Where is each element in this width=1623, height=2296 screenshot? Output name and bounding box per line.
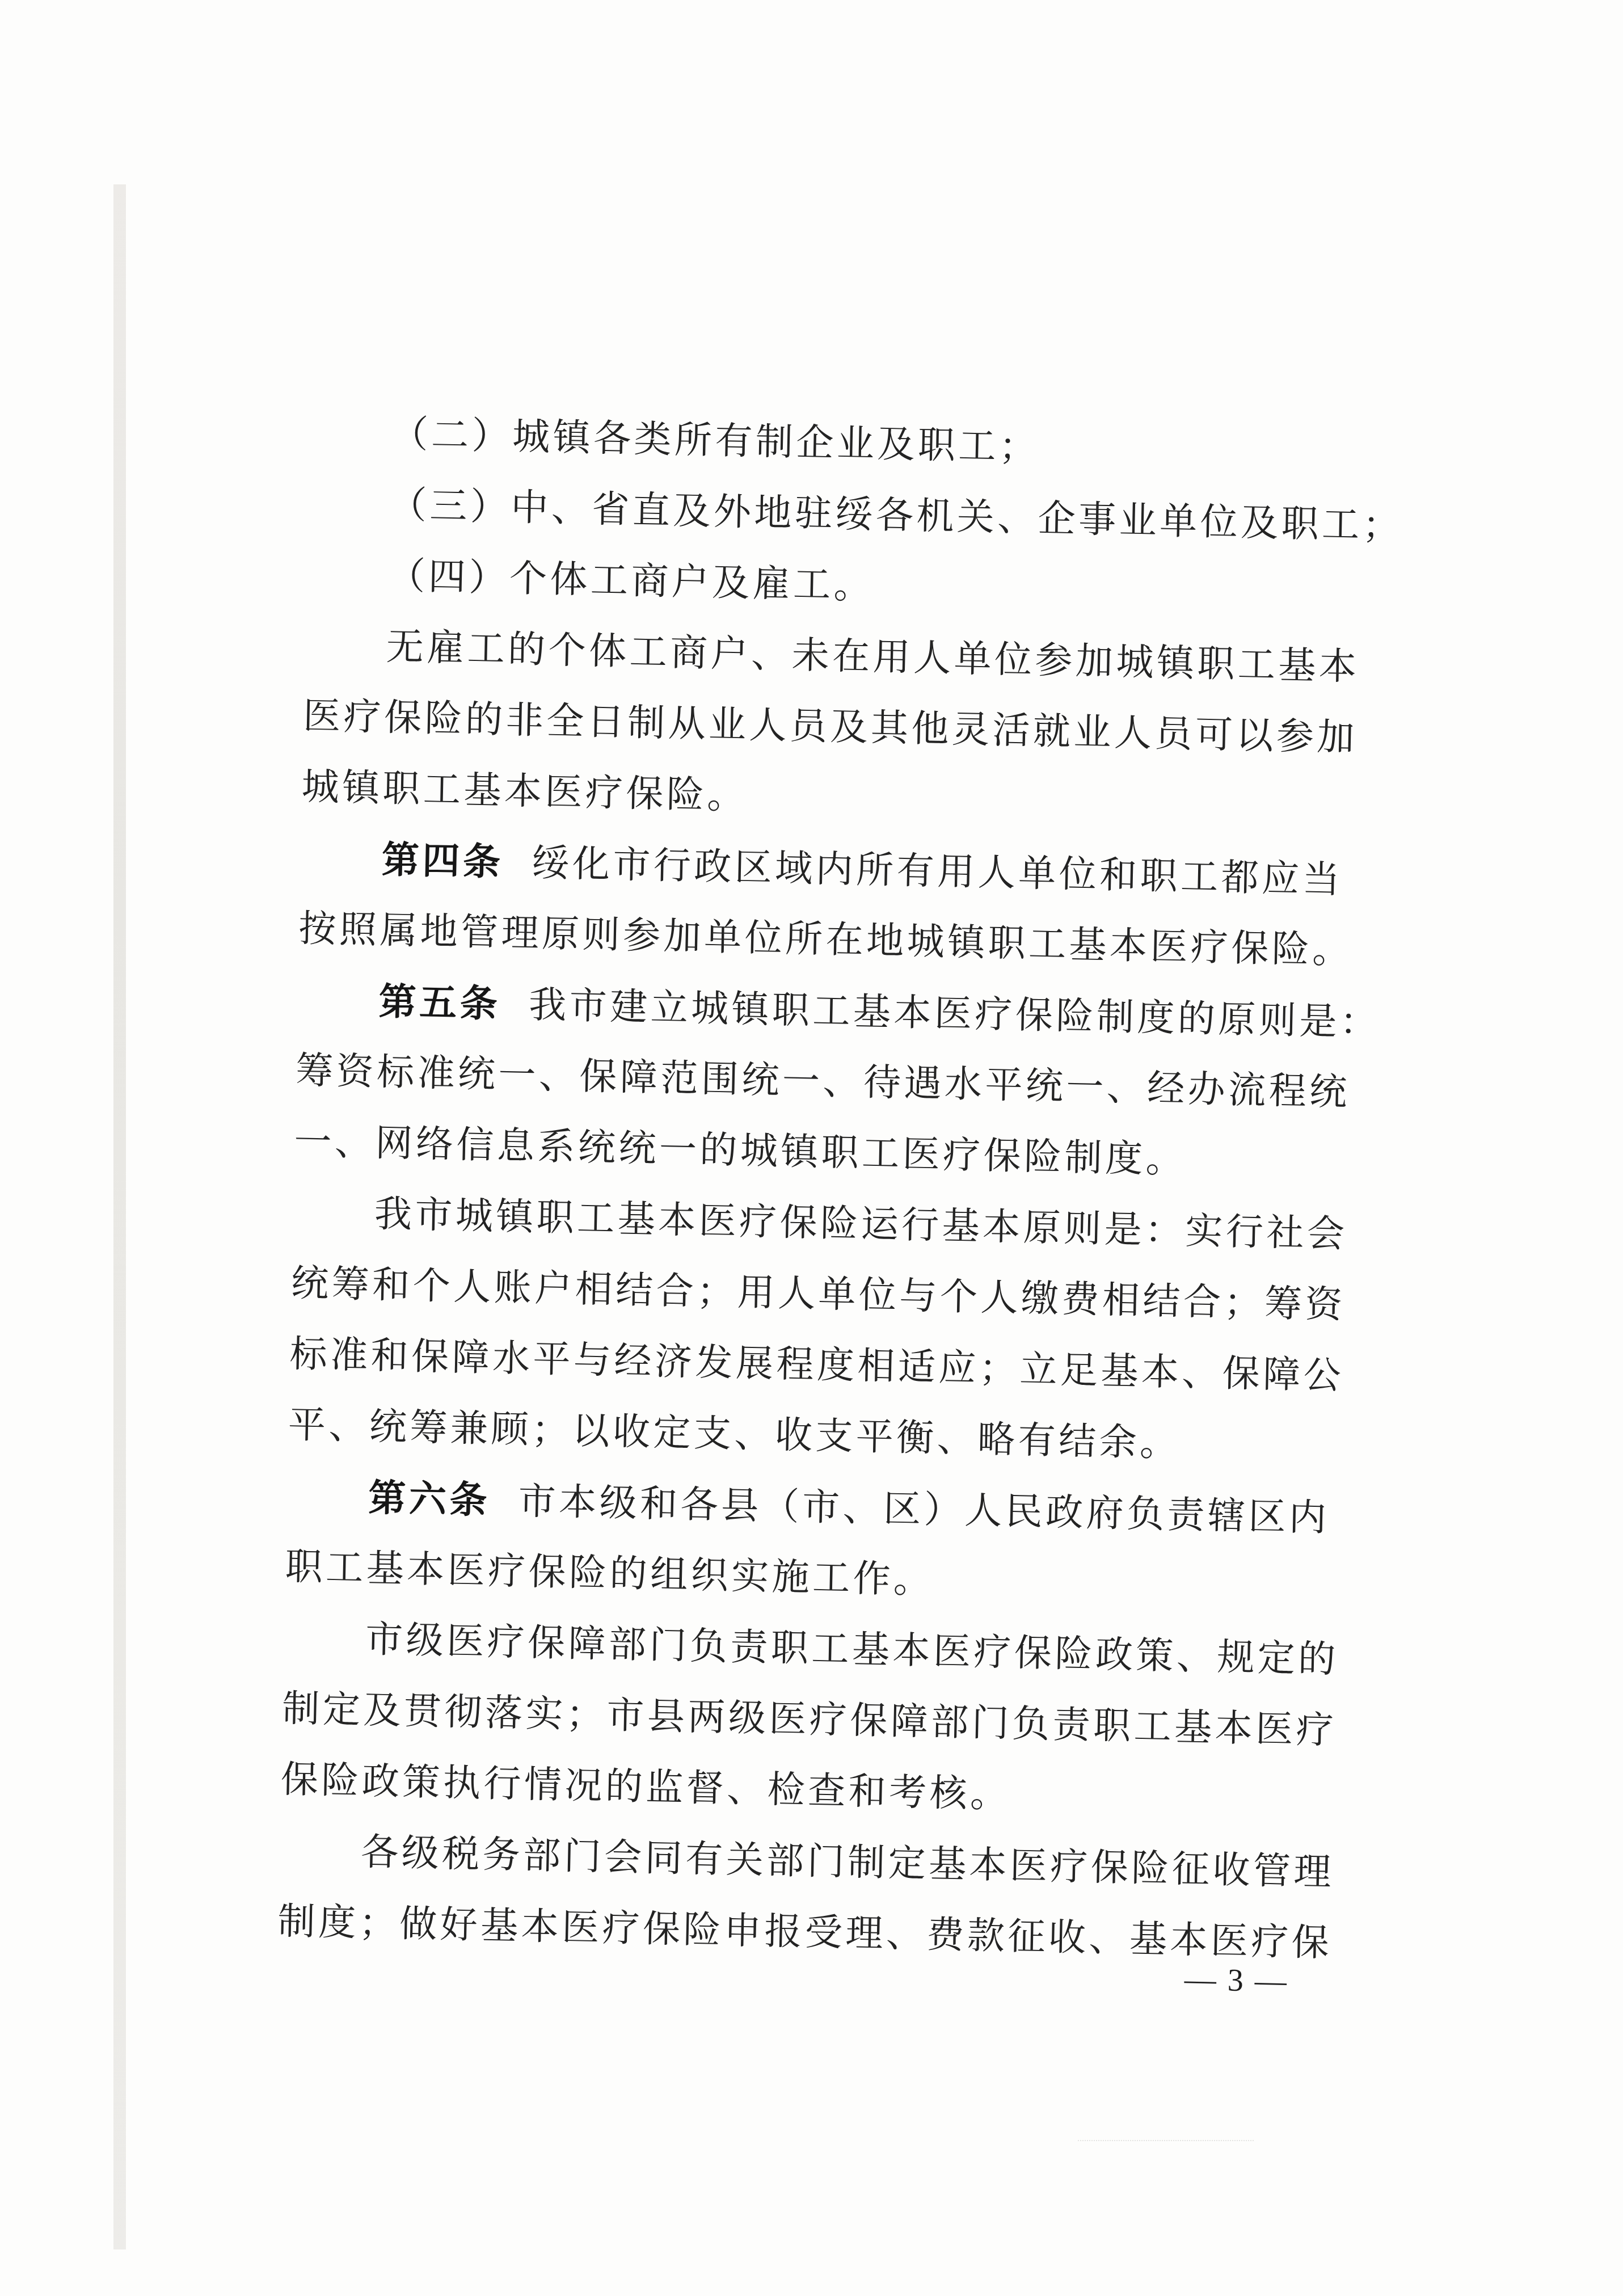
line-text: 平、统筹兼顾；以收定支、收支平衡、略有结余。 xyxy=(288,1405,1181,1465)
line-text: 市级医疗保障部门负责职工基本医疗保险政策、规定的 xyxy=(365,1619,1339,1681)
line-text: （二）城镇各类所有制企业及职工； xyxy=(390,414,1040,469)
scan-dotted-artifact xyxy=(1078,2140,1254,2141)
scanned-document-page: { "document": { "ink_color": "#232323", … xyxy=(0,0,1623,2296)
line-text: 医疗保险的非全日制从业人员及其他灵活就业人员可以参加 xyxy=(302,696,1358,759)
line-text: （三）中、省直及外地驻绥各机关、企事业单位及职工； xyxy=(389,485,1403,547)
line-text: 按照属地管理原则参加单位所在地城镇职工基本医疗保险。 xyxy=(298,908,1354,972)
line-text: 标准和保障水平与经济发展程度相适应；立足基本、保障公 xyxy=(289,1334,1344,1397)
page-number: — 3 — xyxy=(1184,1961,1288,2000)
line-text: 一、网络信息系统统一的城镇职工医疗保险制度。 xyxy=(294,1121,1187,1181)
article-number-label: 第六条 xyxy=(368,1477,491,1521)
line-text: 我市城镇职工基本医疗保险运行基本原则是：实行社会 xyxy=(374,1194,1348,1256)
article-number-label: 第四条 xyxy=(381,839,504,883)
line-text: 统筹和个人账户相结合；用人单位与个人缴费相结合；筹资 xyxy=(291,1263,1346,1326)
scan-edge-shadow-strip xyxy=(113,184,126,2249)
line-text: 我市建立城镇职工基本医疗保险制度的原则是： xyxy=(528,984,1381,1043)
line-text: （四）个体工商户及雇工。 xyxy=(387,555,875,607)
article-number-label: 第五条 xyxy=(378,980,501,1025)
line-text: 绥化市行政区域内所有用人单位和职工都应当 xyxy=(532,842,1343,901)
line-text: 无雇工的个体工商户、未在用人单位参加城镇职工基本 xyxy=(386,626,1360,688)
text-lines: （二）城镇各类所有制企业及职工； （三）中、省直及外地驻绥各机关、企事业单位及职… xyxy=(277,397,1432,1981)
line-text: 市本级和各县（市、区）人民政府负责辖区内 xyxy=(518,1481,1330,1539)
line-text: 制度；做好基本医疗保险申报受理、费款征收、基本医疗保 xyxy=(277,1901,1333,1964)
line-text: 保险政策执行情况的监督、检查和考核。 xyxy=(280,1759,1011,1815)
line-text: 城镇职工基本医疗保险。 xyxy=(301,766,748,817)
line-text: 制定及贯彻落实；市县两级医疗保障部门负责职工基本医疗 xyxy=(282,1688,1337,1752)
line-text: 各级税务部门会同有关部门制定基本医疗保险征收管理 xyxy=(361,1831,1335,1893)
line-text: 筹资标准统一、保障范围统一、待遇水平统一、经办流程统 xyxy=(295,1050,1350,1114)
document-text-block: （二）城镇各类所有制企业及职工； （三）中、省直及外地驻绥各机关、企事业单位及职… xyxy=(277,397,1432,1981)
line-text: 职工基本医疗保险的组织实施工作。 xyxy=(285,1547,934,1602)
